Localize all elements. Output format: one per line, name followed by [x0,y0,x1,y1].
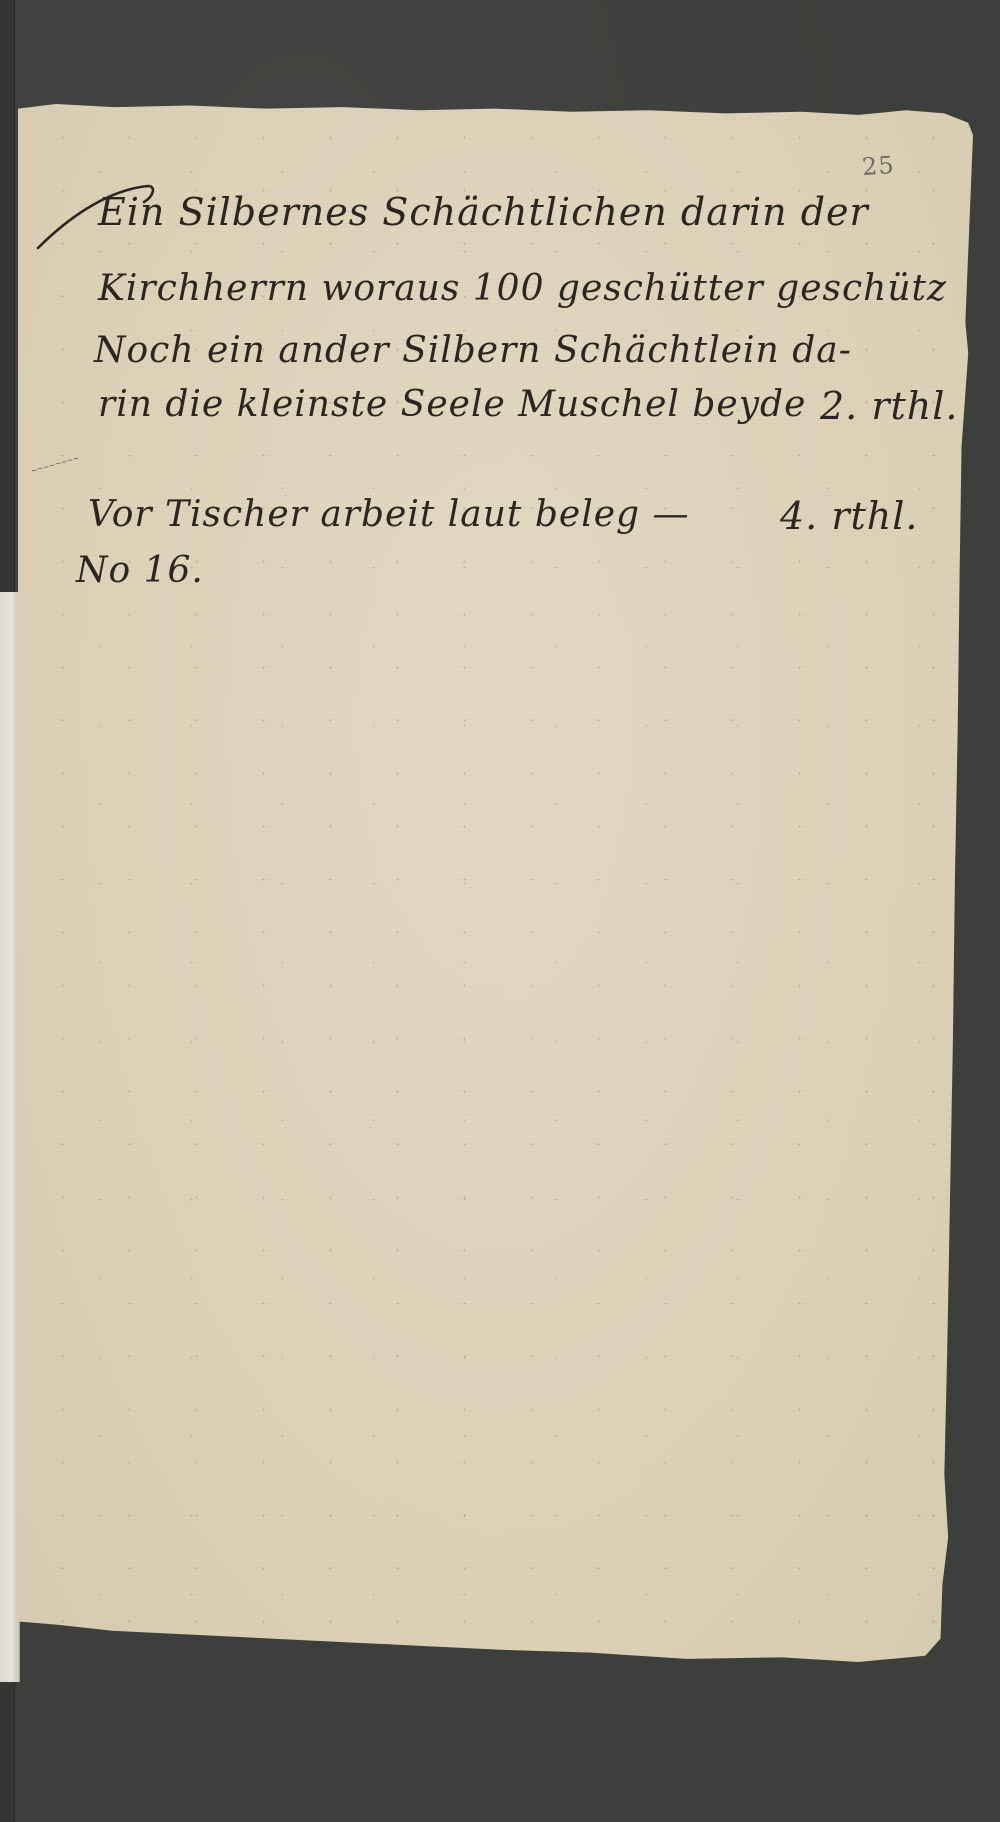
entry-2-text: Vor Tischer arbeit laut beleg [88,494,640,535]
entry-2-line-1: Vor Tischer arbeit laut beleg — [88,494,690,535]
folio-number: 25 [861,151,895,181]
entry-2-dash: — [653,494,690,535]
entry-1-line-4: rin die kleinste Seele Muschel beyde [98,384,806,425]
reference-number: No 16. [76,550,204,591]
binding-guard-strip [0,592,20,1682]
entry-1-line-3: Noch ein ander Silbern Schächtlein da- [94,330,852,371]
entry-1-line-2: Kirchherrn woraus 100 geschütter geschüt… [98,268,947,309]
entry-1-amount: 2. rthl. [820,384,958,428]
entry-2-amount: 4. rthl. [780,494,918,538]
entry-1-line-1: Ein Silbernes Schächtlichen darin der [98,190,869,234]
